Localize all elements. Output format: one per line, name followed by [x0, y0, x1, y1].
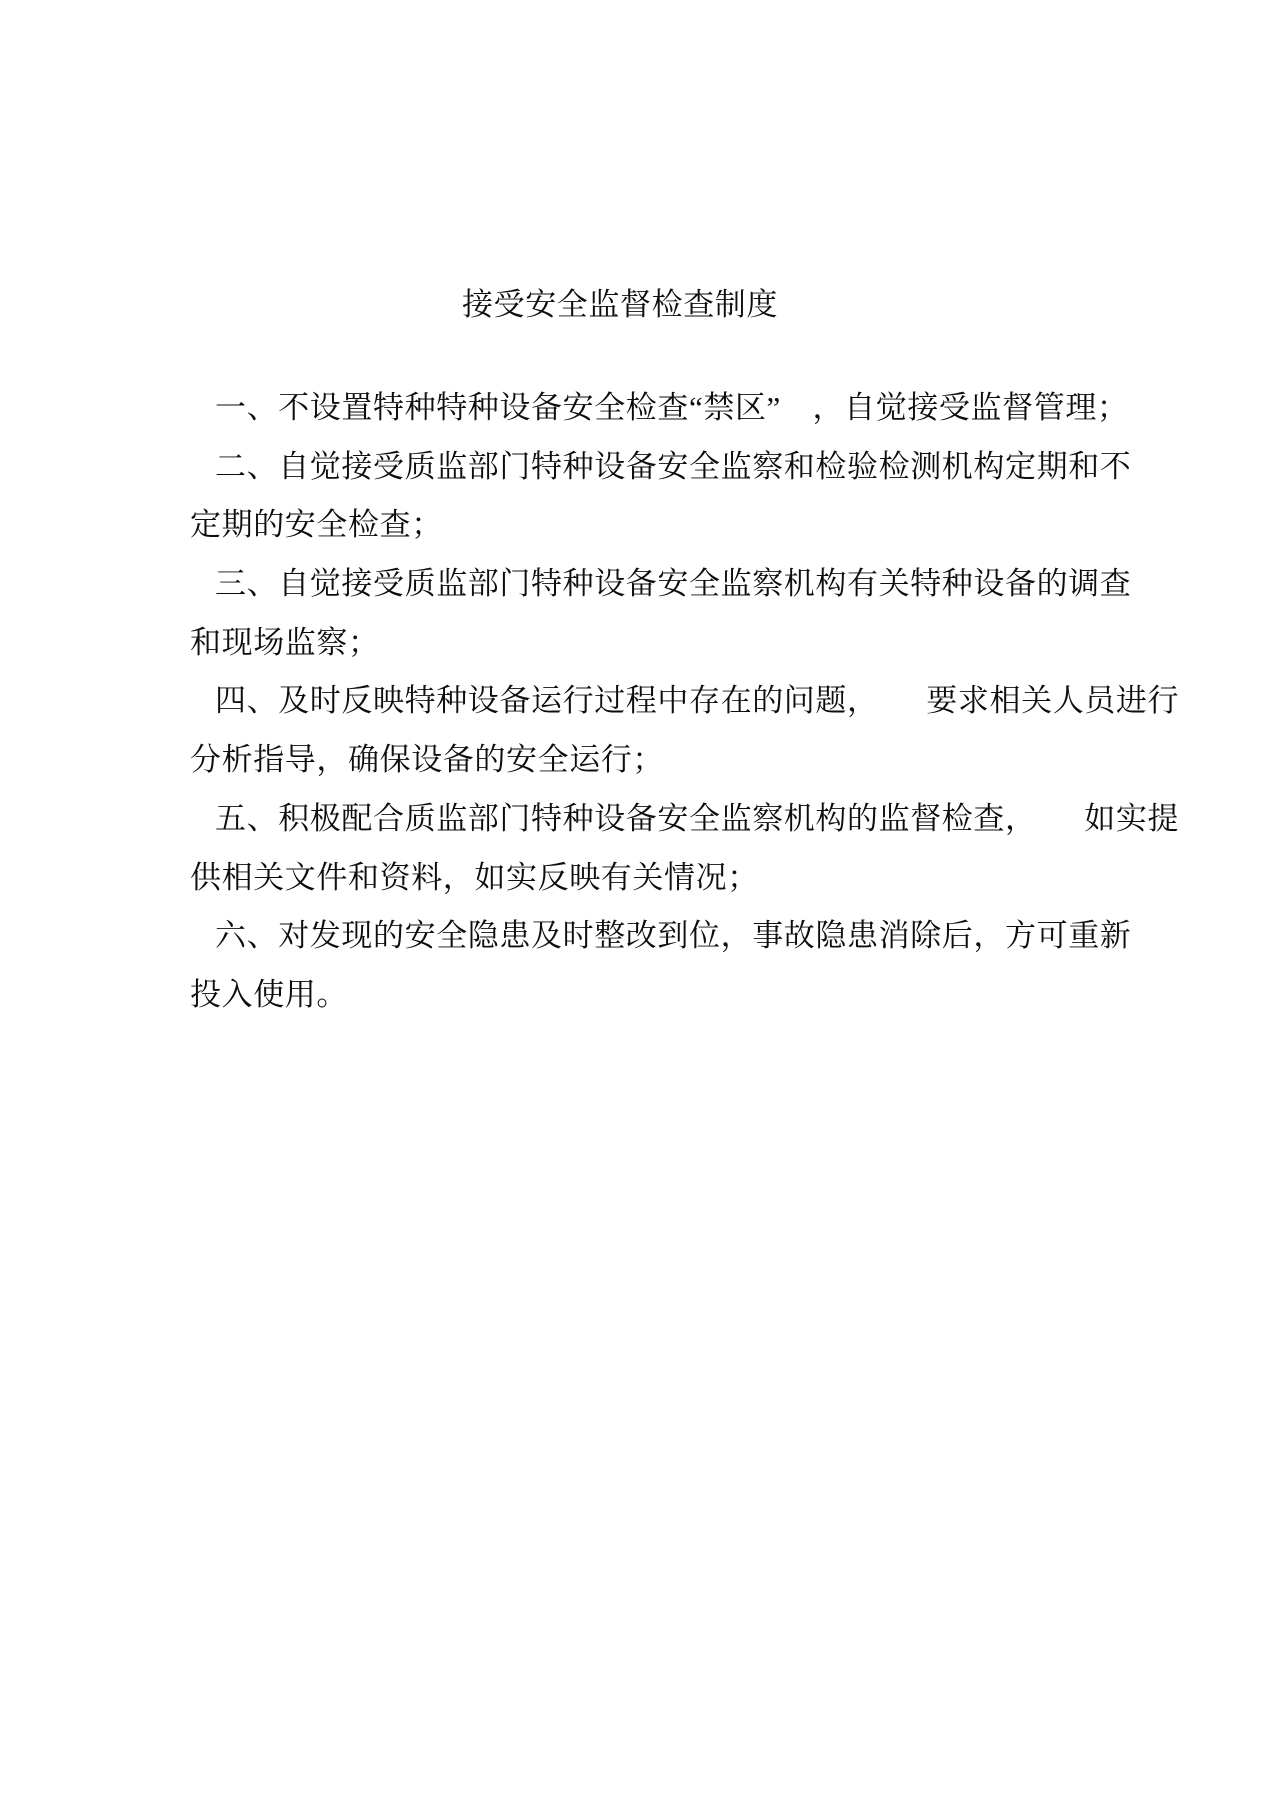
document-body: 一、不设置特种特种设备安全检查“禁区” ，自觉接受监督管理；二、自觉接受质监部门… — [190, 379, 1150, 1025]
paragraph-first-line: 五、积极配合质监部门特种设备安全监察机构的监督检查， 如实提 — [190, 790, 1150, 849]
paragraph-continuation-line: 供相关文件和资料，如实反映有关情况； — [190, 849, 1150, 908]
paragraph-continuation-line: 投入使用。 — [190, 966, 1150, 1025]
paragraph-first-line: 四、及时反映特种设备运行过程中存在的问题， 要求相关人员进行 — [190, 672, 1150, 731]
paragraph-continuation-line: 定期的安全检查； — [190, 496, 1150, 555]
paragraph-first-line: 六、对发现的安全隐患及时整改到位，事故隐患消除后，方可重新 — [190, 907, 1150, 966]
paragraph-first-line: 一、不设置特种特种设备安全检查“禁区” ，自觉接受监督管理； — [190, 379, 1150, 438]
paragraph-first-line: 三、自觉接受质监部门特种设备安全监察机构有关特种设备的调查 — [190, 555, 1150, 614]
paragraph-first-line: 二、自觉接受质监部门特种设备安全监察和检验检测机构定期和不 — [190, 438, 1150, 497]
paragraph-continuation-line: 和现场监察； — [190, 614, 1150, 673]
paragraph-continuation-line: 分析指导，确保设备的安全运行； — [190, 731, 1150, 790]
document-title: 接受安全监督检查制度 — [462, 279, 778, 324]
document-page: 接受安全监督检查制度 一、不设置特种特种设备安全检查“禁区” ，自觉接受监督管理… — [0, 0, 1275, 1804]
